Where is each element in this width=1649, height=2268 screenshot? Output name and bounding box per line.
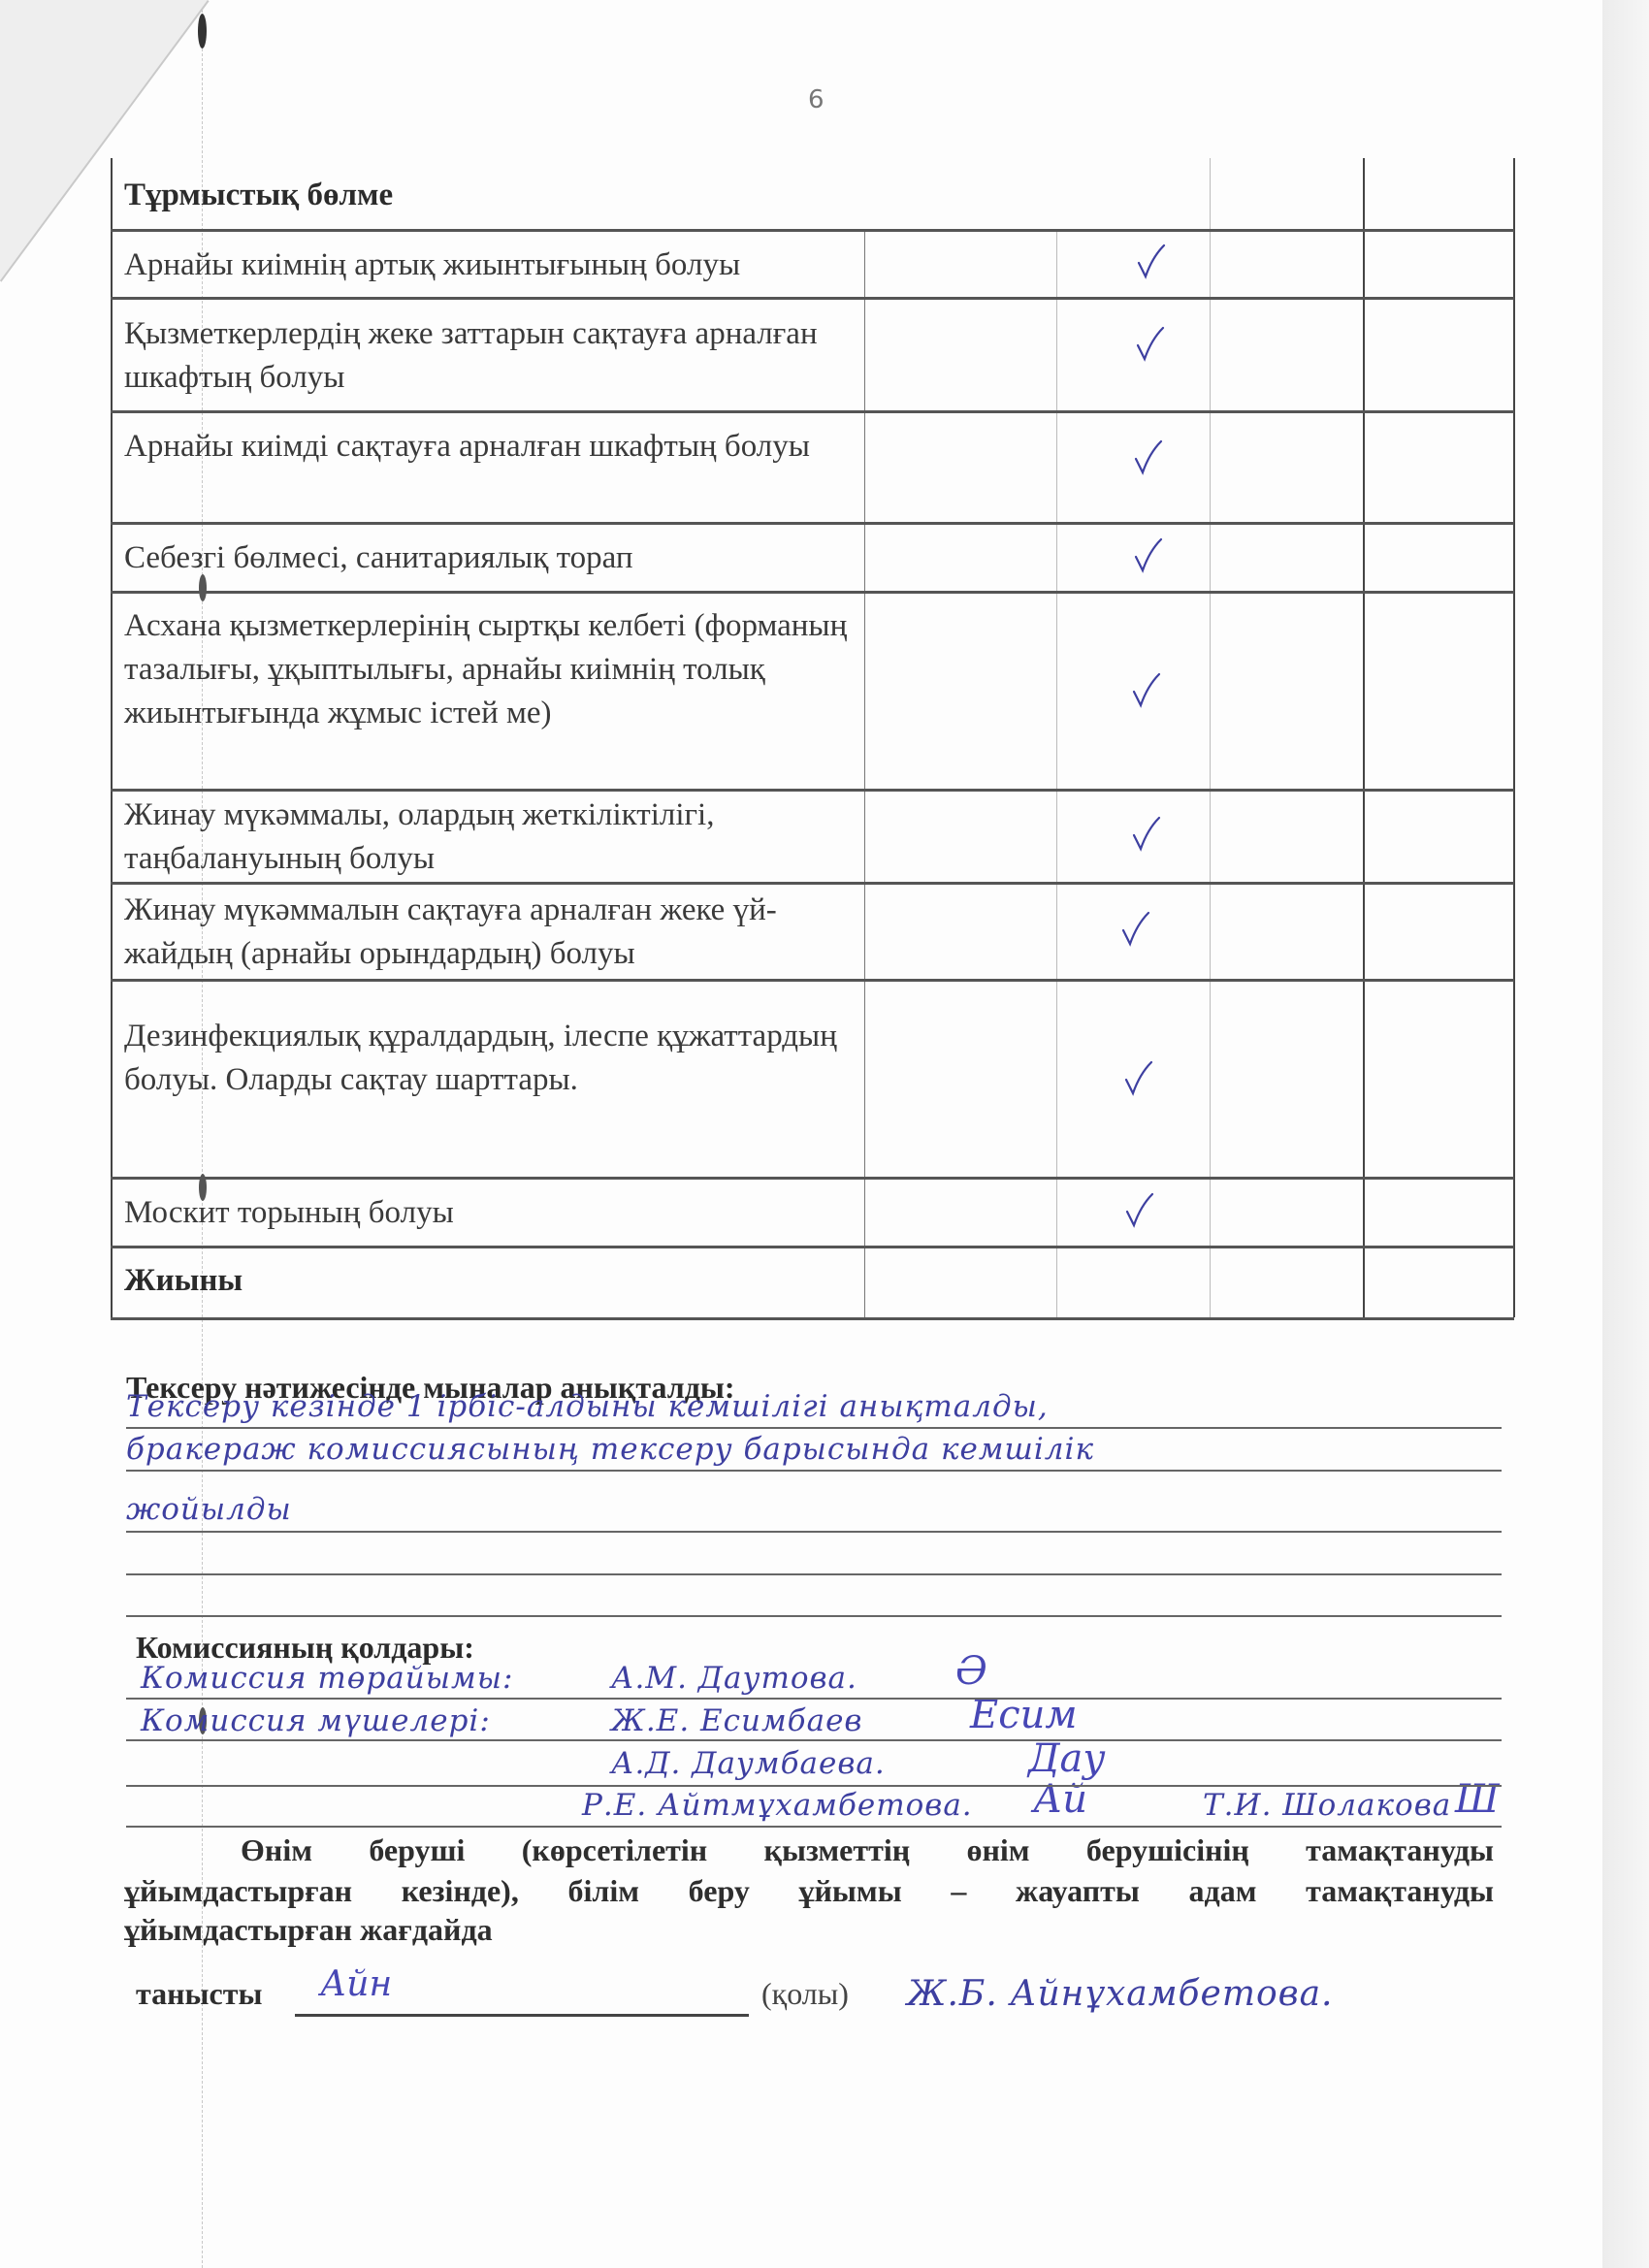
provider-text-line: Өнім беруші (көрсетілетін қызметтің өнім… xyxy=(241,1832,1494,1867)
table-row-divider xyxy=(111,297,1514,300)
table-row-label: Жинау мүкәммалы, олардың жеткіліктілігі,… xyxy=(124,794,861,881)
checklist-table: Тұрмыстық бөлме Арнайы киімнің артық жиы… xyxy=(111,158,1514,1317)
table-row-divider xyxy=(111,591,1514,594)
signer-name: Ж.Б. Айнұхамбетова. xyxy=(907,1974,1334,2014)
table-border-left xyxy=(111,158,113,1317)
provider-text-line: ұйымдастырған кезінде), білім беру ұйымы… xyxy=(124,1873,1494,1908)
writing-line xyxy=(126,1470,1502,1472)
table-row-label: Арнайы киімді сақтауға арналған шкафтың … xyxy=(124,425,861,469)
table-row-divider xyxy=(111,1246,1514,1248)
table-row-divider xyxy=(111,789,1514,792)
commission-member-name: Ж.Е. Есимбаев xyxy=(611,1703,862,1738)
table-row-divider xyxy=(111,1317,1514,1320)
column-divider xyxy=(864,229,865,1317)
writing-line xyxy=(126,1427,1502,1429)
table-row-divider xyxy=(111,882,1514,885)
check-mark-icon xyxy=(1137,243,1166,278)
signature-line xyxy=(295,2014,749,2017)
findings-handwritten-line: Тексеру кезінде 1 ірбіс-алдыны кемшілігі… xyxy=(126,1389,1049,1424)
section-header: Тұрмыстық бөлме xyxy=(124,174,861,217)
table-row-label: Себезгі бөлмесі, санитариялық торап xyxy=(124,536,861,580)
check-mark-icon xyxy=(1134,439,1163,474)
writing-line xyxy=(126,1698,1502,1700)
writing-line xyxy=(126,1739,1502,1741)
check-mark-icon xyxy=(1132,672,1161,707)
table-row-divider xyxy=(111,410,1514,413)
check-mark-icon xyxy=(1124,1060,1153,1095)
check-mark-icon xyxy=(1132,816,1161,851)
provider-paragraph: Өнім беруші (көрсетілетін қызметтің өнім… xyxy=(124,1831,1494,1949)
check-mark-icon xyxy=(1121,911,1150,946)
table-row-label: Москит торының болуы xyxy=(124,1191,861,1235)
signature-caption: (қолы) xyxy=(761,1976,849,2012)
commission-chair-role: Комиссия төрайымы: xyxy=(141,1661,513,1696)
check-mark-icon xyxy=(1125,1192,1154,1227)
commission-members-role: Комиссия мүшелері: xyxy=(141,1703,491,1738)
commission-member-name: А.Д. Даумбаева. xyxy=(611,1746,886,1781)
column-divider xyxy=(1210,158,1211,1317)
writing-line xyxy=(126,1573,1502,1575)
provider-text-line: ұйымдастырған жағдайда xyxy=(124,1912,493,1947)
column-divider xyxy=(1056,229,1057,1317)
table-row-label: Дезинфекциялық құралдардың, ілеспе құжат… xyxy=(124,1015,861,1102)
table-row-label: Асхана қызметкерлерінің сыртқы келбеті (… xyxy=(124,604,861,735)
acquainted-label: танысты xyxy=(136,1976,262,2012)
writing-line xyxy=(126,1531,1502,1533)
scan-edge xyxy=(1602,0,1649,2268)
signature: Айн xyxy=(320,1964,392,2004)
table-row-divider xyxy=(111,522,1514,525)
commission-member-name: Т.И. Шолакова xyxy=(1203,1788,1451,1823)
table-border-right xyxy=(1513,158,1515,1317)
writing-line xyxy=(126,1826,1502,1828)
table-row-label: Жинау мүкәммалын сақтауға арналған жеке … xyxy=(124,889,861,976)
table-row-divider xyxy=(111,979,1514,982)
writing-line xyxy=(126,1785,1502,1787)
column-divider xyxy=(1363,158,1365,1317)
page-number: 6 xyxy=(808,85,824,114)
signature: Ай xyxy=(1033,1777,1087,1822)
table-row-divider xyxy=(111,229,1514,232)
signature: Ш xyxy=(1455,1777,1500,1822)
findings-handwritten-line: бракераж комиссиясының тексеру барысында… xyxy=(126,1432,1094,1467)
table-row-divider xyxy=(111,1177,1514,1180)
signature: Дау xyxy=(1028,1736,1106,1781)
check-mark-icon xyxy=(1136,326,1165,361)
table-row-label: Қызметкерлердің жеке заттарын сақтауға а… xyxy=(124,312,861,400)
findings-handwritten-line: жойылды xyxy=(126,1492,292,1527)
check-mark-icon xyxy=(1134,537,1163,572)
commission-chair-name: А.М. Даутова. xyxy=(611,1661,857,1696)
signature: Ә xyxy=(955,1649,987,1694)
table-row-label: Арнайы киімнің артық жиынтығының болуы xyxy=(124,243,861,287)
staple-hole-mark xyxy=(198,14,207,49)
writing-line xyxy=(126,1615,1502,1617)
total-row-label: Жиыны xyxy=(124,1259,861,1303)
commission-member-name: Р.Е. Айтмұхамбетова. xyxy=(582,1788,973,1823)
